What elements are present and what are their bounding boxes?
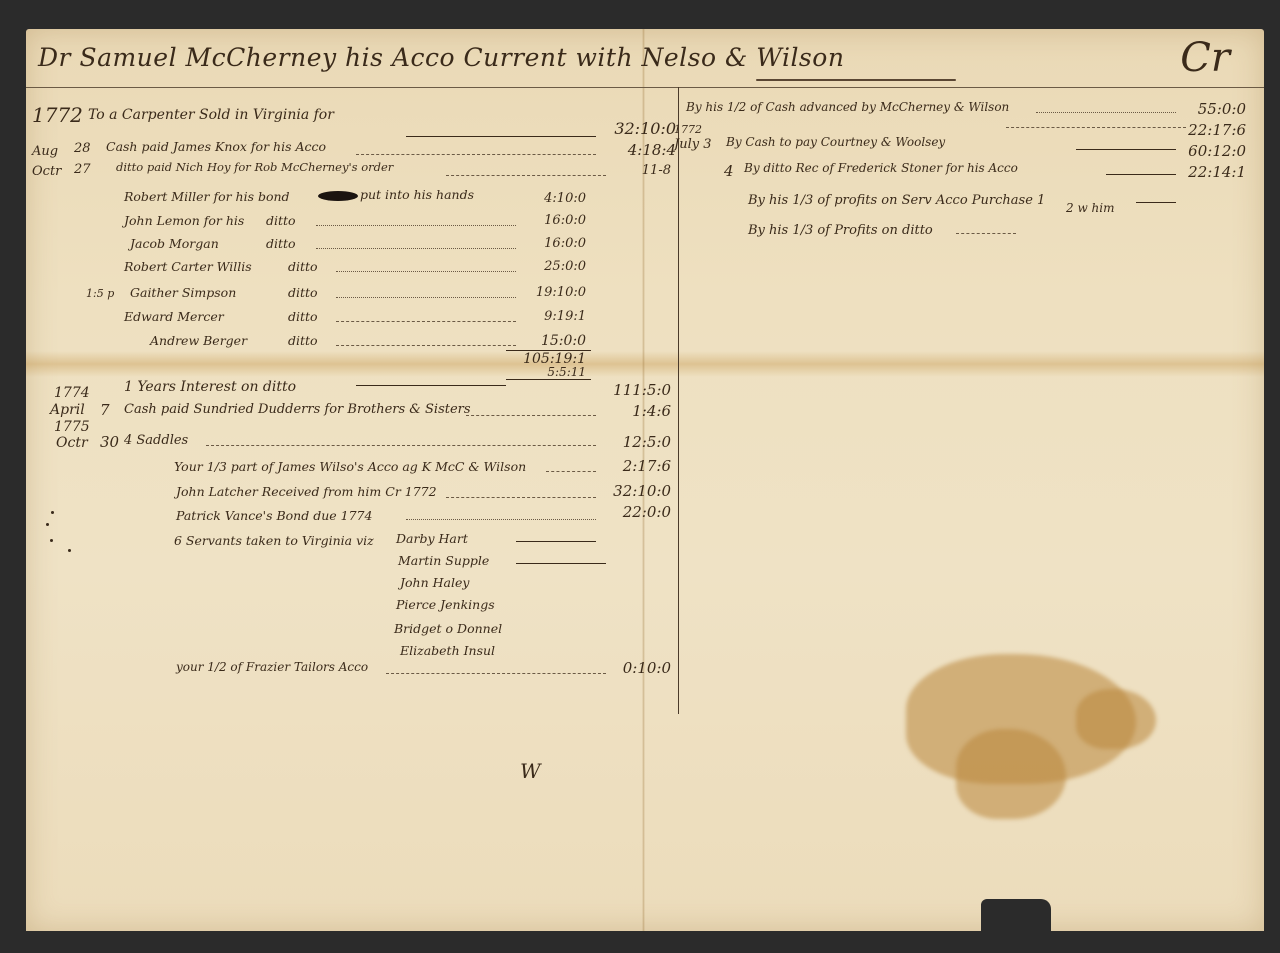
entry-month: Octr xyxy=(32,164,61,179)
servant-name: Elizabeth Insul xyxy=(400,643,495,658)
margin-note: 1:5 p xyxy=(86,287,114,300)
servant-name: Pierce Jenkings xyxy=(396,597,495,612)
credit-entry-amount: 22:14:1 xyxy=(1156,163,1246,181)
bond-amount: 15:0:0 xyxy=(516,333,586,349)
bond-note: ditto xyxy=(288,333,318,348)
debit-credit-divider xyxy=(678,87,679,714)
credit-entry-note: 2 w him xyxy=(1066,201,1114,215)
bond-amount: 19:10:0 xyxy=(516,285,586,300)
entry-month: Octr xyxy=(56,435,88,451)
bond-name: Jacob Morgan xyxy=(130,236,219,251)
leader-line xyxy=(386,673,606,674)
leader-line xyxy=(336,345,516,346)
credit-entry-text: By his 1/3 of profits on Serv Acco Purch… xyxy=(748,193,1045,208)
leader-line xyxy=(446,175,606,176)
leader-line xyxy=(356,154,596,155)
entry-amount: 11-8 xyxy=(586,163,671,178)
bond-note: ditto xyxy=(266,236,296,251)
credit-entry-date: July 3 xyxy=(674,137,712,152)
torn-edge xyxy=(981,899,1051,931)
entry-amount: 1:4:6 xyxy=(586,402,671,420)
bond-amount: 25:0:0 xyxy=(516,259,586,274)
leader-line xyxy=(206,445,596,446)
leader-line xyxy=(446,497,596,498)
credit-entry-date: 4 xyxy=(724,162,734,180)
credit-entry-text: By ditto Rec of Frederick Stoner for his… xyxy=(744,161,1018,175)
servant-name: Bridget o Donnel xyxy=(394,621,502,636)
bond-name: Robert Miller for his bond xyxy=(124,189,290,204)
bond-note: ditto xyxy=(288,309,318,324)
credit-entry-year: 1772 xyxy=(674,123,702,136)
leader-line xyxy=(466,415,596,416)
ink-speck xyxy=(46,523,49,526)
entry-text: ditto paid Nich Hoy for Rob McCherney's … xyxy=(116,160,393,174)
entry-amount: 22:0:0 xyxy=(586,503,671,521)
entry-amount: 4:18:4 xyxy=(586,141,676,159)
entry-text: 4 Saddles xyxy=(124,433,188,448)
leader-line xyxy=(336,297,516,298)
entry-amount: 32:10:0 xyxy=(586,119,676,138)
entry-text: To a Carpenter Sold in Virginia for xyxy=(88,107,334,123)
ledger-page: Dr Samuel McCherney his Acco Current wit… xyxy=(26,29,1264,931)
leader-line xyxy=(1136,202,1176,203)
interest-total: 111:5:0 xyxy=(586,381,671,399)
entry-month: April xyxy=(50,402,85,418)
page-title: Dr Samuel McCherney his Acco Current wit… xyxy=(38,43,844,72)
credit-entry-amount: 60:12:0 xyxy=(1156,142,1246,160)
entry-day: 7 xyxy=(100,401,110,419)
entry-day: 30 xyxy=(100,433,119,451)
entry-text: your 1/2 of Frazier Tailors Acco xyxy=(176,660,368,674)
horizontal-fold xyxy=(26,351,1264,377)
water-stain xyxy=(956,729,1066,819)
header-rule xyxy=(26,87,1264,88)
servant-name: John Haley xyxy=(400,575,469,590)
entry-text: Your 1/3 part of James Wilso's Acco ag K… xyxy=(174,459,526,474)
ink-speck xyxy=(51,511,54,514)
bond-name: Robert Carter Willis xyxy=(124,259,252,274)
entry-amount: 12:5:0 xyxy=(586,433,671,451)
bond-note: ditto xyxy=(288,285,318,300)
bond-amount: 9:19:1 xyxy=(516,309,586,324)
bond-note: put into his hands xyxy=(360,187,474,202)
bond-note: ditto xyxy=(288,259,318,274)
bond-amount: 16:0:0 xyxy=(516,213,586,228)
servant-name: Martin Supple xyxy=(398,553,489,568)
bond-name: John Lemon for his xyxy=(124,213,244,228)
ink-speck xyxy=(68,549,71,552)
ink-blot xyxy=(318,191,358,201)
leader-line xyxy=(516,541,596,542)
servants-intro: 6 Servants taken to Virginia viz xyxy=(174,533,374,548)
leader-line xyxy=(316,248,516,249)
title-flourish xyxy=(756,79,956,81)
interest-text: 1 Years Interest on ditto xyxy=(124,379,296,395)
leader-line xyxy=(336,321,516,322)
total-rule xyxy=(506,379,591,380)
entry-month: Aug xyxy=(32,144,58,159)
leader-line xyxy=(516,563,606,564)
footer-mark: W xyxy=(520,759,541,783)
entry-day: 27 xyxy=(74,162,91,177)
leader-line xyxy=(406,136,596,137)
bond-name: Edward Mercer xyxy=(124,309,224,324)
servant-name: Darby Hart xyxy=(396,531,468,546)
interest-amount: 5:5:11 xyxy=(516,365,586,379)
leader-line xyxy=(956,233,1016,234)
bond-name: Gaither Simpson xyxy=(130,285,236,300)
credit-entry-text: By his 1/3 of Profits on ditto xyxy=(748,223,933,238)
entry-text: Patrick Vance's Bond due 1774 xyxy=(176,508,372,523)
bond-amount: 16:0:0 xyxy=(516,236,586,251)
ink-speck xyxy=(50,539,53,542)
leader-line xyxy=(406,519,596,520)
water-stain xyxy=(1076,689,1156,749)
credit-entry-amount: 22:17:6 xyxy=(1156,121,1246,139)
credit-entry-text: By his 1/2 of Cash advanced by McCherney… xyxy=(686,100,1009,114)
entry-amount: 0:10:0 xyxy=(586,659,671,677)
entry-year: 1772 xyxy=(32,103,83,127)
page-mark: Cr xyxy=(1180,35,1230,81)
leader-line xyxy=(316,225,516,226)
leader-line xyxy=(356,385,506,386)
entry-year: 1775 xyxy=(54,419,90,435)
bond-name: Andrew Berger xyxy=(150,333,247,348)
entry-text: Cash paid James Knox for his Acco xyxy=(106,139,326,154)
entry-amount: 2:17:6 xyxy=(586,457,671,475)
entry-text: John Latcher Received from him Cr 1772 xyxy=(176,484,437,499)
leader-line xyxy=(336,271,516,272)
credit-entry-text: By Cash to pay Courtney & Woolsey xyxy=(726,135,945,149)
credit-entry-amount: 55:0:0 xyxy=(1156,100,1246,118)
bond-note: ditto xyxy=(266,213,296,228)
entry-year: 1774 xyxy=(54,385,90,401)
leader-line xyxy=(1036,112,1176,113)
bond-amount: 4:10:0 xyxy=(516,191,586,206)
entry-day: 28 xyxy=(74,141,91,156)
entry-text: Cash paid Sundried Dudderrs for Brothers… xyxy=(124,402,471,417)
entry-amount: 32:10:0 xyxy=(586,482,671,500)
